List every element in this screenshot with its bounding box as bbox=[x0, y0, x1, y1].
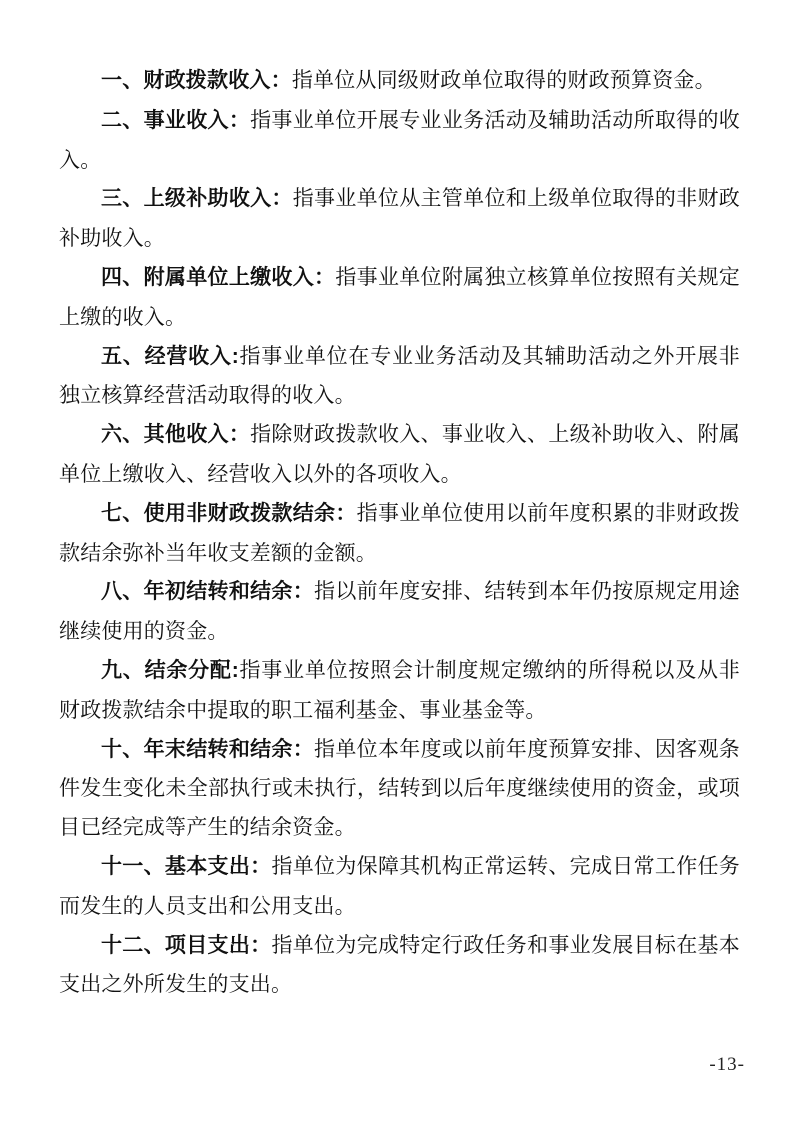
definition-item-7: 七、使用非财政拨款结余：指事业单位使用以前年度积累的非财政拨款结余弥补当年收支差… bbox=[59, 494, 740, 573]
definition-item-11: 十一、基本支出：指单位为保障其机构正常运转、完成日常工作任务而发生的人员支出和公… bbox=[59, 847, 740, 926]
definition-item-8: 八、年初结转和结余：指以前年度安排、结转到本年仍按原规定用途继续使用的资金。 bbox=[59, 572, 740, 651]
definition-item-6: 六、其他收入：指除财政拨款收入、事业收入、上级补助收入、附属单位上缴收入、经营收… bbox=[59, 415, 740, 494]
definition-item-12: 十二、项目支出：指单位为完成特定行政任务和事业发展目标在基本支出之外所发生的支出… bbox=[59, 926, 740, 1005]
definition-item-9: 九、结余分配:指事业单位按照会计制度规定缴纳的所得税以及从非财政拨款结余中提取的… bbox=[59, 651, 740, 730]
item-heading: 一、财政拨款收入： bbox=[101, 69, 292, 92]
item-heading: 九、结余分配: bbox=[101, 659, 239, 682]
item-heading: 十、年末结转和结余： bbox=[101, 738, 314, 761]
item-heading: 三、上级补助收入： bbox=[101, 187, 293, 210]
definition-item-5: 五、经营收入:指事业单位在专业业务活动及其辅助活动之外开展非独立核算经营活动取得… bbox=[59, 337, 740, 416]
item-heading: 二、事业收入： bbox=[101, 109, 250, 132]
item-heading: 七、使用非财政拨款结余： bbox=[101, 502, 357, 525]
page-number: -13- bbox=[709, 1054, 745, 1076]
item-heading: 十一、基本支出： bbox=[101, 855, 271, 878]
item-heading: 八、年初结转和结余： bbox=[101, 580, 314, 603]
definition-item-3: 三、上级补助收入：指事业单位从主管单位和上级单位取得的非财政补助收入。 bbox=[59, 179, 740, 258]
item-heading: 四、附属单位上缴收入： bbox=[101, 266, 335, 289]
definition-item-1: 一、财政拨款收入：指单位从同级财政单位取得的财政预算资金。 bbox=[59, 61, 740, 101]
item-body: 指单位从同级财政单位取得的财政预算资金。 bbox=[292, 68, 716, 92]
definition-item-10: 十、年末结转和结余：指单位本年度或以前年度预算安排、因客观条件发生变化未全部执行… bbox=[59, 730, 740, 847]
definition-item-2: 二、事业收入：指事业单位开展专业业务活动及辅助活动所取得的收入。 bbox=[59, 101, 740, 180]
item-heading: 六、其他收入： bbox=[101, 423, 250, 446]
item-heading: 五、经营收入: bbox=[101, 345, 239, 368]
document-page: 一、财政拨款收入：指单位从同级财政单位取得的财政预算资金。 二、事业收入：指事业… bbox=[0, 0, 793, 1122]
definitions-list: 一、财政拨款收入：指单位从同级财政单位取得的财政预算资金。 二、事业收入：指事业… bbox=[59, 61, 740, 1004]
item-heading: 十二、项目支出： bbox=[101, 934, 271, 957]
definition-item-4: 四、附属单位上缴收入：指事业单位附属独立核算单位按照有关规定上缴的收入。 bbox=[59, 258, 740, 337]
